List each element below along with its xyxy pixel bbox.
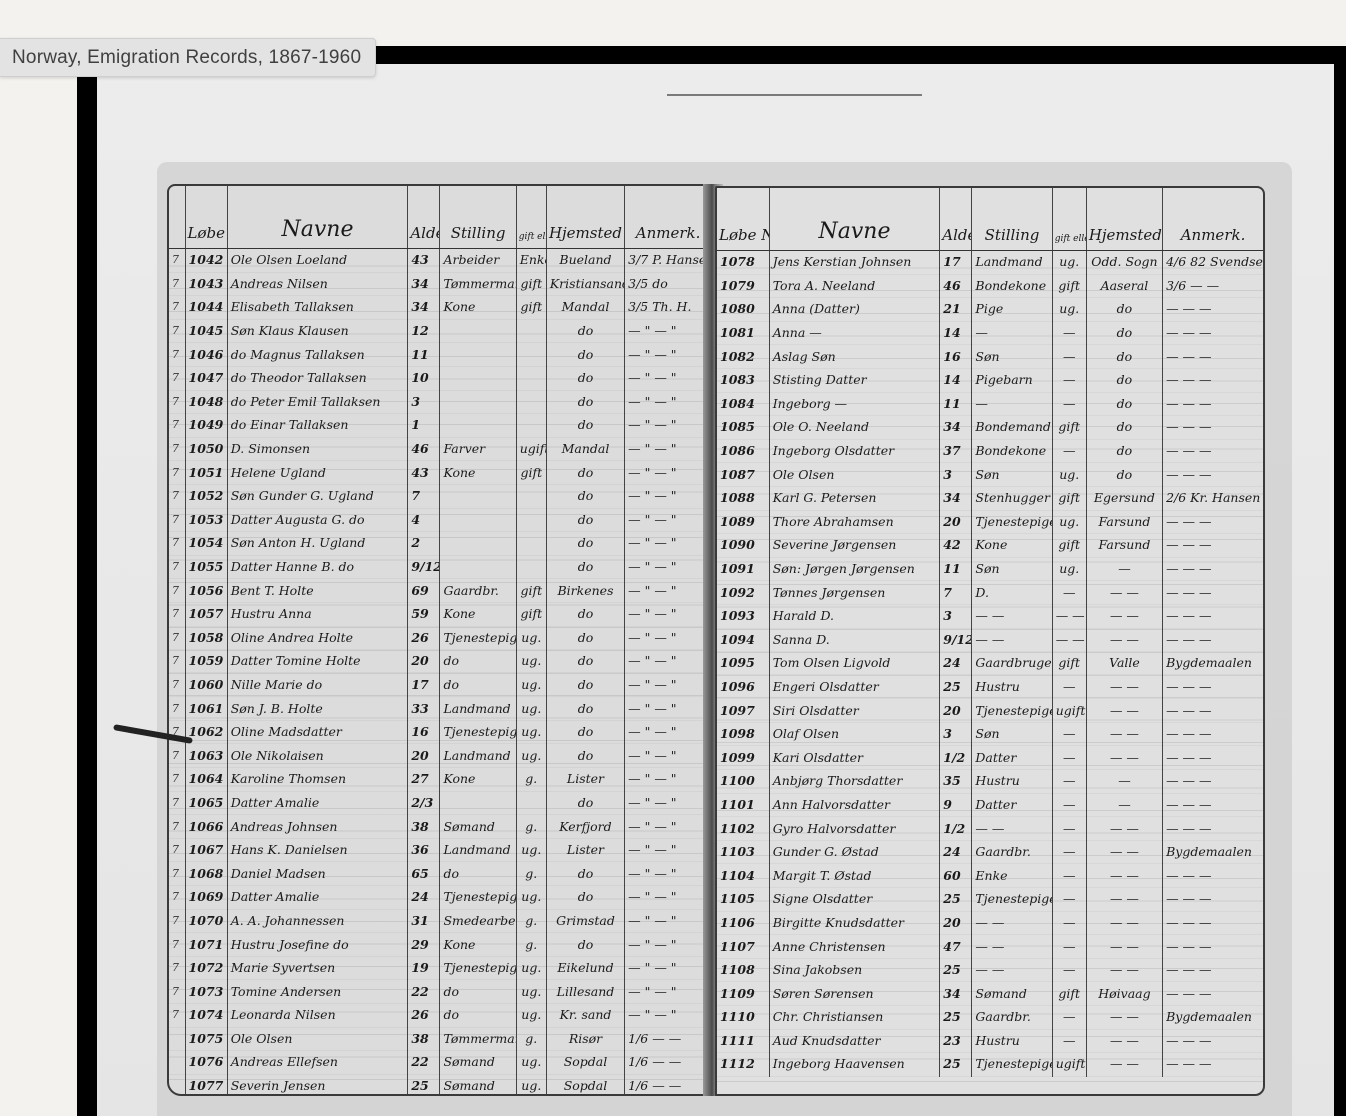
cell-home: do: [1086, 298, 1162, 322]
ledger-row: 71064Karoline Thomsen27Koneg.Lister— " —…: [169, 768, 711, 792]
cell-mark: 7: [169, 319, 185, 343]
cell-name: Hans K. Danielsen: [227, 838, 408, 862]
cell-married: —: [1052, 746, 1086, 770]
cell-married: gift: [516, 579, 546, 603]
cell-no: 1090: [717, 534, 769, 558]
cell-home: Farsund: [1086, 534, 1162, 558]
cell-name: Ole O. Neeland: [769, 416, 940, 440]
cell-name: Søn Klaus Klausen: [227, 319, 408, 343]
cell-name: Andreas Johnsen: [227, 815, 408, 839]
cell-name: Thore Abrahamsen: [769, 510, 940, 534]
cell-age: 11: [940, 392, 972, 416]
cell-married: —: [1052, 439, 1086, 463]
cell-mark: 7: [169, 886, 185, 910]
scan-background: Løbe No Navne Alder Stilling gift eller …: [97, 64, 1334, 1116]
ledger-row: 1099Kari Olsdatter1/2Datter—— —— — —: [717, 746, 1263, 770]
cell-occupation: Kone: [440, 768, 516, 792]
cell-no: 1096: [717, 675, 769, 699]
cell-married: —: [1052, 1029, 1086, 1053]
cell-age: 9: [940, 793, 972, 817]
ledger-row: 71047do Theodor Tallaksen10do— " — ": [169, 366, 711, 390]
ledger-row: 71045Søn Klaus Klausen12do— " — ": [169, 319, 711, 343]
cell-married: gift: [1052, 982, 1086, 1006]
ledger-row: 1088Karl G. Petersen34StenhuggergiftEger…: [717, 486, 1263, 510]
cell-married: ug.: [516, 838, 546, 862]
cell-age: 26: [408, 626, 440, 650]
cell-name: Bent T. Holte: [227, 579, 408, 603]
cell-name: Jens Kerstian Johnsen: [769, 251, 940, 275]
cell-age: 25: [408, 1074, 440, 1096]
cell-name: Stisting Datter: [769, 368, 940, 392]
cell-married: gift: [1052, 534, 1086, 558]
cell-married: —: [1052, 840, 1086, 864]
cell-age: 7: [940, 581, 972, 605]
cell-remarks: — — —: [1163, 416, 1263, 440]
cell-married: —: [1052, 911, 1086, 935]
ledger-row: 1075Ole Olsen38Tømmermandg.Risør1/6 — —: [169, 1027, 711, 1051]
cell-name: Datter Amalie: [227, 791, 408, 815]
cell-remarks: — " — ": [625, 532, 711, 556]
cell-mark: 7: [169, 791, 185, 815]
col-header-remarks: Anmerk.: [1163, 188, 1263, 251]
cell-married: g.: [516, 815, 546, 839]
cell-occupation: Kone: [440, 296, 516, 320]
cell-occupation: Farver: [440, 437, 516, 461]
cell-mark: 7: [169, 650, 185, 674]
cell-home: Kerfjord: [546, 815, 624, 839]
cell-age: 17: [408, 673, 440, 697]
cell-remarks: — — —: [1163, 345, 1263, 369]
cell-occupation: do: [440, 862, 516, 886]
ledger-row: 1109Søren Sørensen34SømandgiftHøivaag— —…: [717, 982, 1263, 1006]
cell-home: do: [546, 366, 624, 390]
cell-age: 20: [408, 650, 440, 674]
cell-name: Elisabeth Tallaksen: [227, 296, 408, 320]
cell-name: do Theodor Tallaksen: [227, 366, 408, 390]
cell-mark: [169, 1074, 185, 1096]
cell-no: 1087: [717, 463, 769, 487]
cell-home: — —: [1086, 935, 1162, 959]
cell-no: 1076: [185, 1051, 227, 1075]
cell-age: 14: [940, 321, 972, 345]
col-header-home: Hjemsted: [1086, 188, 1162, 251]
cell-remarks: — " — ": [625, 862, 711, 886]
cell-married: ugift: [516, 437, 546, 461]
ledger-row: 1092Tønnes Jørgensen7D.—— —— — —: [717, 581, 1263, 605]
cell-age: 4: [408, 508, 440, 532]
ledger-row: 71067Hans K. Danielsen36Landmandug.Liste…: [169, 838, 711, 862]
ledger-row: 71058Oline Andrea Holte26Tjenestepigeug.…: [169, 626, 711, 650]
cell-name: Datter Augusta G. do: [227, 508, 408, 532]
cell-age: 31: [408, 909, 440, 933]
cell-age: 20: [940, 699, 972, 723]
ledger-row: 71071Hustru Josefine do29Koneg.do— " — ": [169, 933, 711, 957]
cell-age: 1/2: [940, 817, 972, 841]
cell-occupation: Søn: [972, 345, 1052, 369]
cell-remarks: — — —: [1163, 770, 1263, 794]
cell-occupation: Kone: [972, 534, 1052, 558]
ledger-row: 71069Datter Amalie24Tjenestepigeug.do— "…: [169, 886, 711, 910]
cell-occupation: Gaardbr.: [440, 579, 516, 603]
cell-home: do: [546, 555, 624, 579]
cell-age: 16: [408, 720, 440, 744]
cell-name: Tora A. Neeland: [769, 274, 940, 298]
cell-married: —: [1052, 888, 1086, 912]
cell-age: 42: [940, 534, 972, 558]
cell-married: g.: [516, 862, 546, 886]
cell-name: Chr. Christiansen: [769, 1006, 940, 1030]
cell-home: — —: [1086, 958, 1162, 982]
cell-occupation: do: [440, 650, 516, 674]
ledger-row: 1110Chr. Christiansen25Gaardbr.—— —Bygde…: [717, 1006, 1263, 1030]
cell-age: 3: [940, 722, 972, 746]
cell-mark: 7: [169, 461, 185, 485]
cell-mark: 7: [169, 980, 185, 1004]
cell-name: Tomine Andersen: [227, 980, 408, 1004]
cell-home: — —: [1086, 722, 1162, 746]
cell-occupation: Landmand: [440, 697, 516, 721]
cell-age: 14: [940, 368, 972, 392]
cell-age: 21: [940, 298, 972, 322]
cell-occupation: — —: [972, 604, 1052, 628]
cell-home: — —: [1086, 1053, 1162, 1077]
cell-occupation: — —: [972, 817, 1052, 841]
cell-married: [516, 484, 546, 508]
cell-occupation: [440, 532, 516, 556]
cell-mark: 7: [169, 390, 185, 414]
ledger-left-rows: 71042Ole Olsen Loeland43ArbeiderEnkem.Bu…: [169, 249, 711, 1097]
cell-remarks: — — —: [1163, 817, 1263, 841]
cell-home: do: [546, 720, 624, 744]
cell-no: 1047: [185, 366, 227, 390]
ledger-row: 71054Søn Anton H. Ugland2do— " — ": [169, 532, 711, 556]
cell-name: Hustru Josefine do: [227, 933, 408, 957]
cell-name: Datter Amalie: [227, 886, 408, 910]
ledger-row: 1105Signe Olsdatter25Tjenestepige—— —— —…: [717, 888, 1263, 912]
cell-no: 1067: [185, 838, 227, 862]
ledger-row: 1087Ole Olsen3Sønug.do— — —: [717, 463, 1263, 487]
cell-occupation: Datter: [972, 793, 1052, 817]
cell-home: do: [1086, 368, 1162, 392]
ledger-row: 71065Datter Amalie2/3do— " — ": [169, 791, 711, 815]
cell-remarks: — — —: [1163, 368, 1263, 392]
cell-married: ug.: [1052, 463, 1086, 487]
cell-remarks: — " — ": [625, 319, 711, 343]
cell-name: Ole Nikolaisen: [227, 744, 408, 768]
cell-mark: 7: [169, 815, 185, 839]
cell-occupation: Datter: [972, 746, 1052, 770]
cell-married: ug.: [516, 650, 546, 674]
cell-occupation: Tjenestepige: [972, 888, 1052, 912]
cell-name: Oline Madsdatter: [227, 720, 408, 744]
cell-no: 1049: [185, 414, 227, 438]
cell-home: Risør: [546, 1027, 624, 1051]
cell-no: 1104: [717, 864, 769, 888]
cell-age: 34: [940, 982, 972, 1006]
cell-no: 1112: [717, 1053, 769, 1077]
cell-occupation: do: [440, 980, 516, 1004]
cell-occupation: Tjenestepige: [440, 626, 516, 650]
cell-married: —: [1052, 581, 1086, 605]
cell-no: 1084: [717, 392, 769, 416]
cell-age: 11: [940, 557, 972, 581]
col-header-name: Navne: [227, 186, 408, 249]
cell-home: —: [1086, 793, 1162, 817]
ledger-row: 71073Tomine Andersen22doug.Lillesand— " …: [169, 980, 711, 1004]
cell-occupation: Tjenestepige: [972, 1053, 1052, 1077]
cell-home: Bueland: [546, 249, 624, 273]
cell-name: Ingeborg Olsdatter: [769, 439, 940, 463]
cell-occupation: Søn: [972, 463, 1052, 487]
cell-home: do: [546, 319, 624, 343]
cell-no: 1069: [185, 886, 227, 910]
cell-home: — —: [1086, 628, 1162, 652]
cell-home: Lister: [546, 838, 624, 862]
cell-remarks: — — —: [1163, 581, 1263, 605]
cell-no: 1056: [185, 579, 227, 603]
ledger-row: 1084Ingeborg —11——do— — —: [717, 392, 1263, 416]
cell-home: — —: [1086, 888, 1162, 912]
cell-occupation: [440, 484, 516, 508]
cell-home: do: [546, 414, 624, 438]
cell-no: 1093: [717, 604, 769, 628]
cell-no: 1100: [717, 770, 769, 794]
cell-remarks: 2/6 Kr. Hansen: [1163, 486, 1263, 510]
cell-name: Hustru Anna: [227, 602, 408, 626]
cell-married: [516, 343, 546, 367]
cell-mark: 7: [169, 697, 185, 721]
ledger-left-table: Løbe No Navne Alder Stilling gift eller …: [169, 186, 711, 1096]
cell-no: 1061: [185, 697, 227, 721]
cell-remarks: — " — ": [625, 461, 711, 485]
cell-mark: 7: [169, 296, 185, 320]
cell-remarks: Bygdemaalen: [1163, 840, 1263, 864]
cell-name: Karl G. Petersen: [769, 486, 940, 510]
cell-home: do: [1086, 345, 1162, 369]
cell-remarks: 1/6 — —: [625, 1074, 711, 1096]
cell-age: 34: [940, 416, 972, 440]
cell-no: 1070: [185, 909, 227, 933]
cell-remarks: — " — ": [625, 909, 711, 933]
cell-married: ug.: [1052, 510, 1086, 534]
cell-no: 1088: [717, 486, 769, 510]
cell-remarks: — — —: [1163, 298, 1263, 322]
cell-age: 60: [940, 864, 972, 888]
cell-mark: 7: [169, 673, 185, 697]
cell-name: Engeri Olsdatter: [769, 675, 940, 699]
ledger-row: 1102Gyro Halvorsdatter1/2— ——— —— — —: [717, 817, 1263, 841]
cell-name: Søn J. B. Holte: [227, 697, 408, 721]
cell-remarks: 1/6 — —: [625, 1051, 711, 1075]
cell-no: 1052: [185, 484, 227, 508]
ledger-row: 1093Harald D.3— —— —— —— — —: [717, 604, 1263, 628]
cell-no: 1106: [717, 911, 769, 935]
ledger-row: 1080Anna (Datter)21Pigeug.do— — —: [717, 298, 1263, 322]
cell-married: —: [1052, 817, 1086, 841]
cell-married: ug.: [516, 673, 546, 697]
cell-occupation: Bondekone: [972, 439, 1052, 463]
cell-home: Grimstad: [546, 909, 624, 933]
ledger-row: 1083Stisting Datter14Pigebarn—do— — —: [717, 368, 1263, 392]
cell-home: Sopdal: [546, 1074, 624, 1096]
cell-occupation: —: [972, 321, 1052, 345]
cell-occupation: Enke: [972, 864, 1052, 888]
ledger-row: 71042Ole Olsen Loeland43ArbeiderEnkem.Bu…: [169, 249, 711, 273]
cell-remarks: — " — ": [625, 1004, 711, 1028]
col-header-home: Hjemsted: [546, 186, 624, 249]
cell-home: — —: [1086, 864, 1162, 888]
cell-home: Høivaag: [1086, 982, 1162, 1006]
cell-married: — —: [1052, 628, 1086, 652]
scanned-record-image[interactable]: Løbe No Navne Alder Stilling gift eller …: [77, 46, 1346, 1116]
cell-remarks: — " — ": [625, 956, 711, 980]
cell-mark: 7: [169, 626, 185, 650]
cell-mark: 7: [169, 579, 185, 603]
cell-married: gift: [1052, 486, 1086, 510]
cell-occupation: Hustru: [972, 770, 1052, 794]
cell-age: 22: [408, 980, 440, 1004]
ledger-row: 71057Hustru Anna59Konegiftdo— " — ": [169, 602, 711, 626]
cell-occupation: Tjenestepige: [440, 886, 516, 910]
cell-occupation: Bondekone: [972, 274, 1052, 298]
ledger-row: 1090Severine Jørgensen42KonegiftFarsund—…: [717, 534, 1263, 558]
cell-name: Ann Halvorsdatter: [769, 793, 940, 817]
cell-home: do: [1086, 416, 1162, 440]
col-header-number: Løbe No: [185, 186, 227, 249]
cell-no: 1092: [717, 581, 769, 605]
cell-no: 1065: [185, 791, 227, 815]
cell-home: — —: [1086, 746, 1162, 770]
cell-mark: 7: [169, 838, 185, 862]
cell-age: 25: [940, 675, 972, 699]
cell-married: ugift: [1052, 1053, 1086, 1077]
cell-no: 1078: [717, 251, 769, 275]
cell-name: D. Simonsen: [227, 437, 408, 461]
ledger-row: 1089Thore Abrahamsen20Tjenestepigeug.Far…: [717, 510, 1263, 534]
ledger-row: 71043Andreas Nilsen34TømmermandgiftKrist…: [169, 272, 711, 296]
cell-age: 24: [940, 840, 972, 864]
cell-occupation: [440, 414, 516, 438]
cell-name: Søn: Jørgen Jørgensen: [769, 557, 940, 581]
cell-age: 3: [408, 390, 440, 414]
cell-home: do: [546, 484, 624, 508]
cell-name: Karoline Thomsen: [227, 768, 408, 792]
cell-home: do: [546, 886, 624, 910]
cell-married: ug.: [1052, 251, 1086, 275]
cell-mark: 7: [169, 532, 185, 556]
cell-age: 9/12: [940, 628, 972, 652]
cell-no: 1097: [717, 699, 769, 723]
cell-name: Anne Christensen: [769, 935, 940, 959]
cell-no: 1059: [185, 650, 227, 674]
cell-married: [516, 319, 546, 343]
cell-remarks: — — —: [1163, 911, 1263, 935]
cell-age: 11: [408, 343, 440, 367]
ledger-row: 71062Oline Madsdatter16Tjenestepigeug.do…: [169, 720, 711, 744]
cell-no: 1098: [717, 722, 769, 746]
cell-home: do: [546, 791, 624, 815]
cell-home: do: [546, 697, 624, 721]
cell-occupation: Gaardbr.: [972, 840, 1052, 864]
ledger-right-rows: 1078Jens Kerstian Johnsen17Landmandug.Od…: [717, 251, 1263, 1077]
cell-age: 7: [408, 484, 440, 508]
cell-remarks: — " — ": [625, 697, 711, 721]
cell-remarks: — " — ": [625, 555, 711, 579]
cell-home: — —: [1086, 817, 1162, 841]
cell-no: 1074: [185, 1004, 227, 1028]
cell-occupation: Tømmermand: [440, 1027, 516, 1051]
cell-home: Sopdal: [546, 1051, 624, 1075]
ledger-row: 1107Anne Christensen47— ——— —— — —: [717, 935, 1263, 959]
cell-remarks: — — —: [1163, 321, 1263, 345]
cell-occupation: Arbeider: [440, 249, 516, 273]
cell-name: Anbjørg Thorsdatter: [769, 770, 940, 794]
cell-no: 1079: [717, 274, 769, 298]
cell-home: do: [546, 933, 624, 957]
cell-age: 9/12: [408, 555, 440, 579]
cell-home: —: [1086, 770, 1162, 794]
cell-no: 1064: [185, 768, 227, 792]
cell-no: 1075: [185, 1027, 227, 1051]
cell-home: — —: [1086, 1029, 1162, 1053]
cell-married: —: [1052, 770, 1086, 794]
cell-no: 1101: [717, 793, 769, 817]
cell-married: gift: [1052, 652, 1086, 676]
cell-married: —: [1052, 675, 1086, 699]
cell-no: 1055: [185, 555, 227, 579]
cell-remarks: 3/5 do: [625, 272, 711, 296]
cell-age: 1: [408, 414, 440, 438]
cell-married: —: [1052, 345, 1086, 369]
cell-name: Tom Olsen Ligvold: [769, 652, 940, 676]
cell-mark: 7: [169, 437, 185, 461]
cell-home: do: [546, 673, 624, 697]
cell-mark: 7: [169, 768, 185, 792]
ledger-row: 71044Elisabeth Tallaksen34KonegiftMandal…: [169, 296, 711, 320]
cell-no: 1045: [185, 319, 227, 343]
ledger-row: 71070A. A. Johannessen31Smedearbeiderg.G…: [169, 909, 711, 933]
cell-age: 36: [408, 838, 440, 862]
cell-no: 1072: [185, 956, 227, 980]
ledger-row: 71072Marie Syvertsen19Tjenestepigeug.Eik…: [169, 956, 711, 980]
ledger-row: 71056Bent T. Holte69Gaardbr.giftBirkenes…: [169, 579, 711, 603]
cell-mark: 7: [169, 508, 185, 532]
cell-home: — —: [1086, 604, 1162, 628]
ledger-row: 1111Aud Knudsdatter23Hustru—— —— — —: [717, 1029, 1263, 1053]
cell-remarks: — — —: [1163, 1029, 1263, 1053]
record-collection-title-tooltip: Norway, Emigration Records, 1867-1960: [0, 38, 376, 77]
ledger-row: 1076Andreas Ellefsen22Sømandug.Sopdal1/6…: [169, 1051, 711, 1075]
cell-married: gift: [516, 296, 546, 320]
cell-name: Marie Syvertsen: [227, 956, 408, 980]
col-header-age: Alder: [408, 186, 440, 249]
cell-home: do: [546, 602, 624, 626]
cell-remarks: — — —: [1163, 746, 1263, 770]
cell-home: Lillesand: [546, 980, 624, 1004]
cell-mark: 7: [169, 249, 185, 273]
cell-occupation: Kone: [440, 933, 516, 957]
cell-home: Egersund: [1086, 486, 1162, 510]
ledger-right-page: Løbe No Navne Alder Stilling gift eller …: [715, 186, 1265, 1096]
ledger-right-header-row: Løbe No Navne Alder Stilling gift eller …: [717, 188, 1263, 251]
cell-age: 25: [940, 888, 972, 912]
cell-remarks: — " — ": [625, 744, 711, 768]
cell-married: ug.: [516, 1074, 546, 1096]
cell-name: Gunder G. Østad: [769, 840, 940, 864]
ledger-row: 1082Aslag Søn16Søn—do— — —: [717, 345, 1263, 369]
ledger-row: 71061Søn J. B. Holte33Landmandug.do— " —…: [169, 697, 711, 721]
cell-no: 1089: [717, 510, 769, 534]
